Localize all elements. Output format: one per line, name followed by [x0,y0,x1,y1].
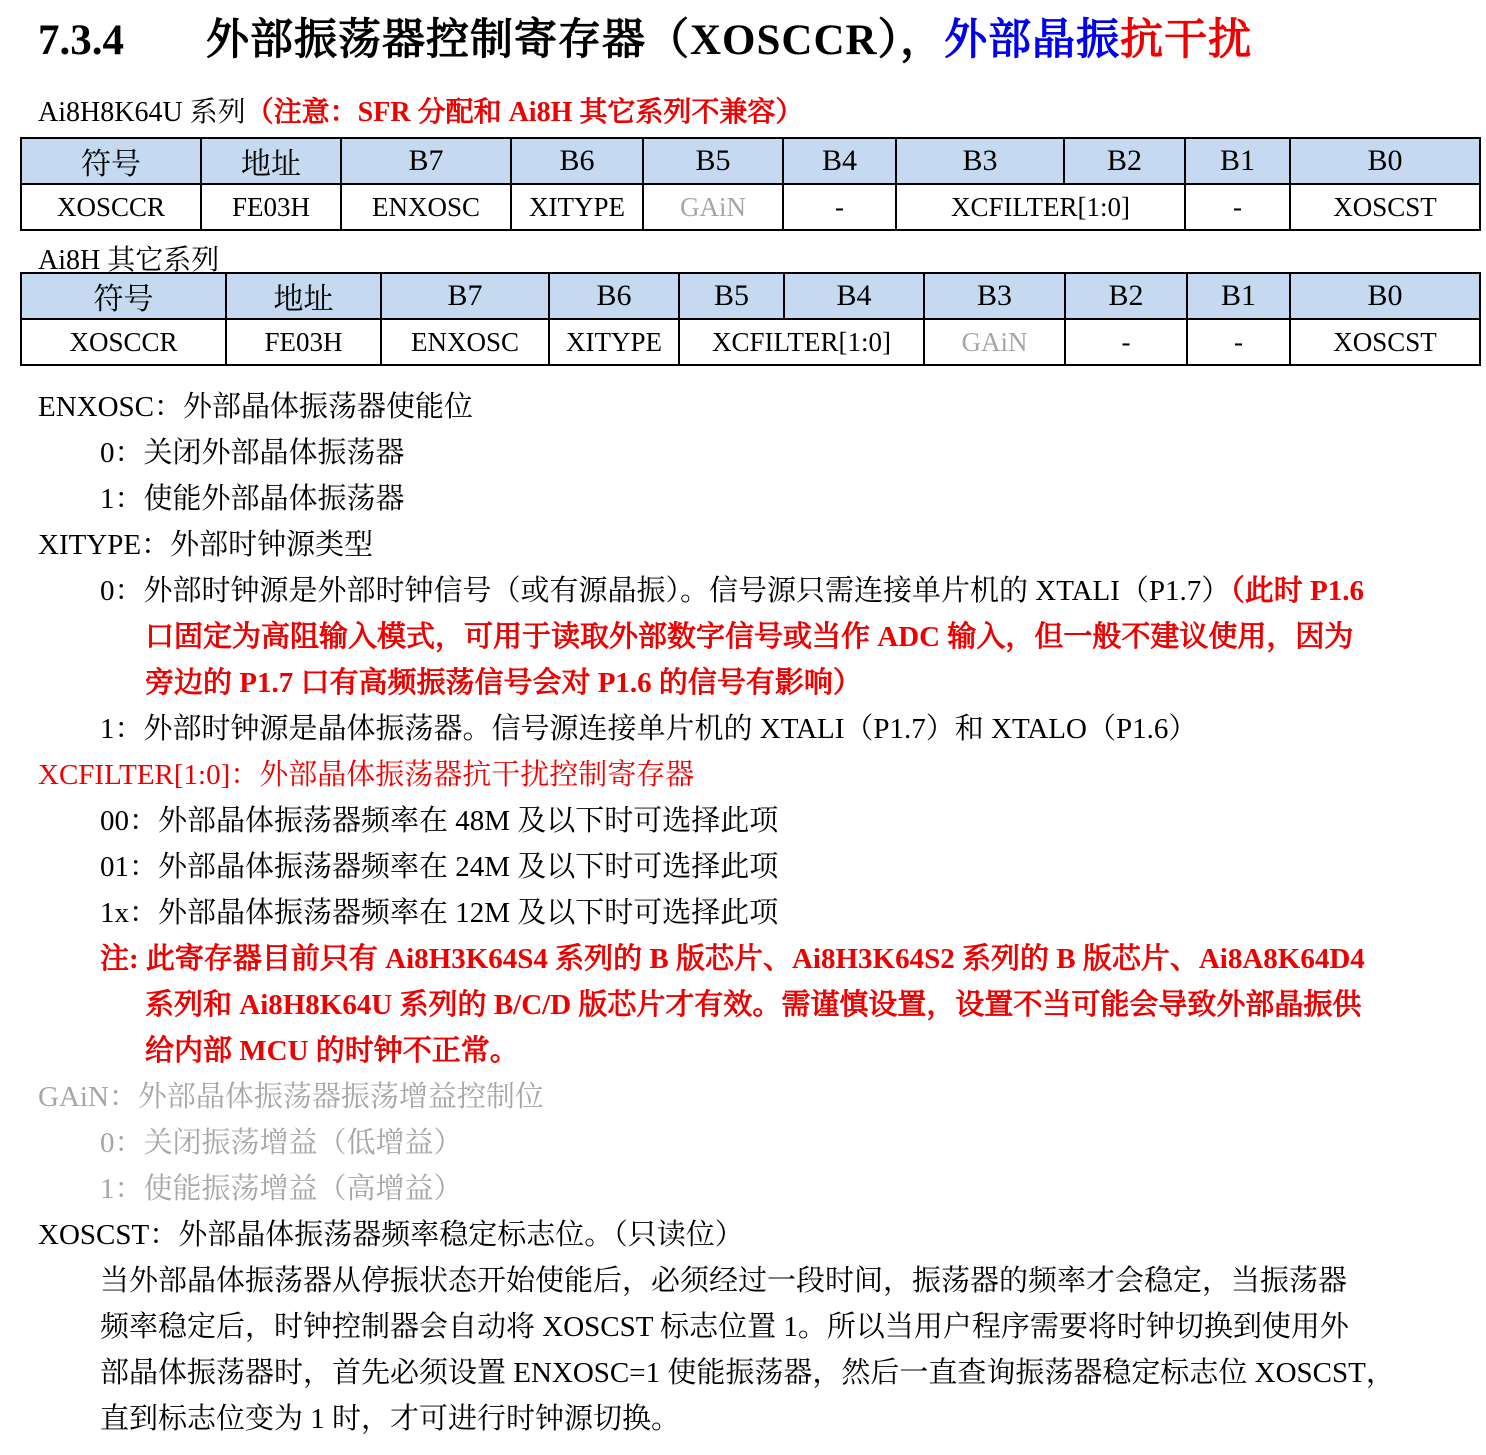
body-line: XITYPE：外部时钟源类型 [0,522,1486,568]
body-line: 当外部晶体振荡器从停振状态开始使能后，必须经过一段时间，振荡器的频率才会稳定，当… [0,1258,1486,1304]
body-line: 直到标志位变为 1 时，才可进行时钟源切换。 [0,1396,1486,1442]
text-run: 旁边的 P1.7 口有高频振荡信号会对 P1.6 的信号有影响） [145,667,862,699]
header-cell-addr: 地址 [201,138,341,184]
text-run: 00：外部晶体振荡器频率在 48M 及以下时可选择此项 [100,805,778,837]
header-cell-b4: B4 [784,273,924,319]
body-line: 1x：外部晶体振荡器频率在 12M 及以下时可选择此项 [0,890,1486,936]
table-data-row: XOSCCR FE03H ENXOSC XITYPE GAiN - XCFILT… [21,184,1480,230]
cell-symbol: XOSCCR [21,319,226,365]
cell-b7: ENXOSC [381,319,549,365]
header-cell-b2: B2 [1065,273,1187,319]
cell-symbol: XOSCCR [21,184,201,230]
text-run: （此时 P1.6 [1230,575,1364,607]
cell-b1: - [1187,319,1290,365]
header-cell-b0: B0 [1290,138,1480,184]
table-data-row: XOSCCR FE03H ENXOSC XITYPE XCFILTER[1:0]… [21,319,1480,365]
body-line: 0：外部时钟源是外部时钟信号（或有源晶振）。信号源只需连接单片机的 XTALI（… [0,568,1486,614]
text-run: 1：使能振荡增益（高增益） [100,1173,463,1205]
table-header-row: 符号 地址 B7 B6 B5 B4 B3 B2 B1 B0 [21,273,1480,319]
cell-addr: FE03H [201,184,341,230]
header-cell-b5: B5 [643,138,783,184]
cell-b3b2-xcfilter: XCFILTER[1:0] [896,184,1185,230]
text-run: 01：外部晶体振荡器频率在 24M 及以下时可选择此项 [100,851,778,883]
text-run: XITYPE：外部时钟源类型 [38,529,373,561]
header-cell-b7: B7 [341,138,511,184]
header-cell-b0: B0 [1290,273,1480,319]
header-cell-symbol: 符号 [21,138,201,184]
body-line: 00：外部晶体振荡器频率在 48M 及以下时可选择此项 [0,798,1486,844]
body-line: 旁边的 P1.7 口有高频振荡信号会对 P1.6 的信号有影响） [0,660,1486,706]
text-run: 0：外部时钟源是外部时钟信号（或有源晶振）。信号源只需连接单片机的 XTALI（… [100,575,1230,607]
body-line: GAiN：外部晶体振荡器振荡增益控制位 [0,1074,1486,1120]
text-run: 0：关闭振荡增益（低增益） [100,1127,463,1159]
text-run: GAiN：外部晶体振荡器振荡增益控制位 [38,1081,544,1113]
text-run: 部晶体振荡器时，首先必须设置 ENXOSC=1 使能振荡器，然后一直查询振荡器稳… [100,1357,1395,1389]
body-line: ENXOSC：外部晶体振荡器使能位 [0,384,1486,430]
text-run: 1：外部时钟源是晶体振荡器。信号源连接单片机的 XTALI（P1.7）和 XTA… [100,713,1197,745]
text-run: 系列和 Ai8H8K64U 系列的 B/C/D 版芯片才有效。需谨慎设置，设置不… [145,989,1361,1021]
text-run: 0：关闭外部晶体振荡器 [100,437,405,469]
text-run: XCFILTER[1:0]：外部晶体振荡器抗干扰控制寄存器 [38,759,694,791]
text-run: 注: 此寄存器目前只有 Ai8H3K64S4 系列的 B 版芯片、Ai8H3K6… [100,943,1365,975]
body-line: 0：关闭振荡增益（低增益） [0,1120,1486,1166]
cell-b6: XITYPE [549,319,679,365]
header-cell-b7: B7 [381,273,549,319]
text-run: 当外部晶体振荡器从停振状态开始使能后，必须经过一段时间，振荡器的频率才会稳定，当… [100,1265,1347,1297]
table1-caption-series: Ai8H8K64U 系列 [38,97,246,128]
header-cell-b3: B3 [896,138,1064,184]
text-run: XOSCST：外部晶体振荡器频率稳定标志位。（只读位） [38,1219,744,1251]
body-line: 1：使能外部晶体振荡器 [0,476,1486,522]
text-run: 1：使能外部晶体振荡器 [100,483,405,515]
header-cell-b1: B1 [1185,138,1290,184]
section-title-black: 外部振荡器控制寄存器（XOSCCR）， [206,17,944,64]
cell-b0: XOSCST [1290,184,1480,230]
body-line: 1：使能振荡增益（高增益） [0,1166,1486,1212]
text-run: 口固定为高阻输入模式，可用于读取外部数字信号或当作 ADC 输入，但一般不建议使… [145,621,1353,653]
body-line: 口固定为高阻输入模式，可用于读取外部数字信号或当作 ADC 输入，但一般不建议使… [0,614,1486,660]
cell-b2: - [1065,319,1187,365]
register-table-ai8h8k64u: 符号 地址 B7 B6 B5 B4 B3 B2 B1 B0 XOSCCR FE0… [20,137,1481,231]
body-line: 频率稳定后，时钟控制器会自动将 XOSCST 标志位置 1。所以当用户程序需要将… [0,1304,1486,1350]
table1-caption-note: （注意：SFR 分配和 Ai8H 其它系列不兼容） [246,97,804,128]
section-title: 7.3.4外部振荡器控制寄存器（XOSCCR），外部晶振抗干扰 [38,6,1252,67]
text-run: ENXOSC：外部晶体振荡器使能位 [38,391,473,423]
body-line: 部晶体振荡器时，首先必须设置 ENXOSC=1 使能振荡器，然后一直查询振荡器稳… [0,1350,1486,1396]
cell-b0: XOSCST [1290,319,1480,365]
section-title-blue: 外部晶振 [944,17,1120,64]
body-text: ENXOSC：外部晶体振荡器使能位0：关闭外部晶体振荡器1：使能外部晶体振荡器X… [0,384,1486,1442]
text-run: 1x：外部晶体振荡器频率在 12M 及以下时可选择此项 [100,897,778,929]
header-cell-b4: B4 [783,138,896,184]
table-header-row: 符号 地址 B7 B6 B5 B4 B3 B2 B1 B0 [21,138,1480,184]
header-cell-addr: 地址 [226,273,381,319]
section-number: 7.3.4 [38,16,206,65]
body-line: 注: 此寄存器目前只有 Ai8H3K64S4 系列的 B 版芯片、Ai8H3K6… [0,936,1486,982]
body-line: 01：外部晶体振荡器频率在 24M 及以下时可选择此项 [0,844,1486,890]
body-line: 给内部 MCU 的时钟不正常。 [0,1028,1486,1074]
header-cell-b3: B3 [924,273,1065,319]
cell-b4: - [783,184,896,230]
body-line: 0：关闭外部晶体振荡器 [0,430,1486,476]
cell-b7: ENXOSC [341,184,511,230]
cell-b5b4-xcfilter: XCFILTER[1:0] [679,319,924,365]
header-cell-symbol: 符号 [21,273,226,319]
cell-addr: FE03H [226,319,381,365]
cell-b3-gain: GAiN [924,319,1065,365]
text-run: 直到标志位变为 1 时，才可进行时钟源切换。 [100,1403,680,1435]
header-cell-b6: B6 [511,138,643,184]
text-run: 给内部 MCU 的时钟不正常。 [145,1035,519,1067]
section-title-red: 抗干扰 [1120,17,1252,64]
cell-b5-gain: GAiN [643,184,783,230]
body-line: 系列和 Ai8H8K64U 系列的 B/C/D 版芯片才有效。需谨慎设置，设置不… [0,982,1486,1028]
body-line: XOSCST：外部晶体振荡器频率稳定标志位。（只读位） [0,1212,1486,1258]
register-table-ai8h-others: 符号 地址 B7 B6 B5 B4 B3 B2 B1 B0 XOSCCR FE0… [20,272,1481,366]
table1-caption: Ai8H8K64U 系列（注意：SFR 分配和 Ai8H 其它系列不兼容） [38,90,803,130]
header-cell-b1: B1 [1187,273,1290,319]
text-run: 频率稳定后，时钟控制器会自动将 XOSCST 标志位置 1。所以当用户程序需要将… [100,1311,1349,1343]
cell-b1: - [1185,184,1290,230]
body-line: 1：外部时钟源是晶体振荡器。信号源连接单片机的 XTALI（P1.7）和 XTA… [0,706,1486,752]
header-cell-b5: B5 [679,273,784,319]
header-cell-b2: B2 [1064,138,1185,184]
document-page: 7.3.4外部振荡器控制寄存器（XOSCCR），外部晶振抗干扰 Ai8H8K64… [0,0,1486,1455]
cell-b6: XITYPE [511,184,643,230]
body-line: XCFILTER[1:0]：外部晶体振荡器抗干扰控制寄存器 [0,752,1486,798]
header-cell-b6: B6 [549,273,679,319]
